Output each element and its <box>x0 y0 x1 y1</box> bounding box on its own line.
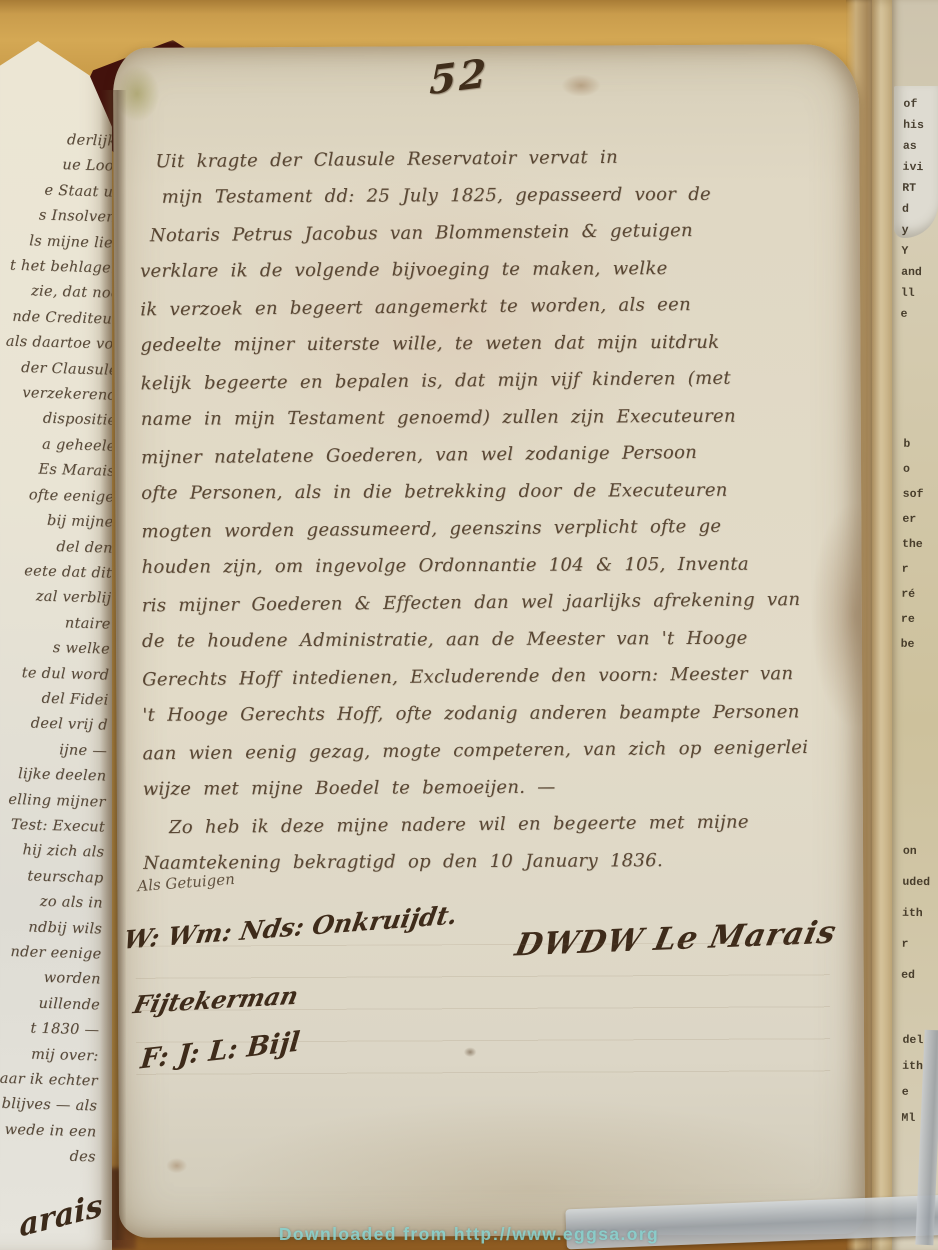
typed-fragment: b <box>903 432 938 458</box>
typed-fragment: ith <box>902 898 938 930</box>
handwritten-line: mijner natelatene Goederen, van wel zoda… <box>141 433 847 477</box>
book-gutter-shadow <box>100 90 126 1240</box>
typed-text-fragments-top: ofhisasiviRTdyYandlle <box>896 94 938 326</box>
typed-fragment: r <box>901 557 938 583</box>
typed-fragment: ivi <box>902 157 938 179</box>
typed-fragment: uded <box>902 867 938 899</box>
typed-fragment: the <box>902 532 938 558</box>
handwritten-line: ris mijner Goederen & Effecten dan wel j… <box>142 581 848 625</box>
typed-fragment: of <box>903 94 938 116</box>
testament-page: 52 Uit kragte der Clausule Reservatoir v… <box>113 44 865 1238</box>
typed-fragment: be <box>900 632 938 658</box>
typed-fragment: ed <box>901 960 938 992</box>
handwritten-line: mijn Testament dd: 25 July 1825, gepasse… <box>140 175 846 216</box>
typed-fragment: ré <box>901 582 938 608</box>
handwritten-line: mogten worden geassumeerd, geenszins ver… <box>141 507 847 551</box>
typed-fragment: re <box>901 607 938 633</box>
typed-fragment: r <box>901 929 938 961</box>
witness-signature-1: W: Wm: Nds: Onkruijdt. <box>121 900 459 955</box>
handwritten-line: ik verzoek en begeert aangemerkt te word… <box>140 285 846 329</box>
typed-fragment: er <box>902 507 938 533</box>
typed-fragment: his <box>903 115 938 137</box>
testament-body-text: Uit kragte der Clausule Reservatoir verv… <box>139 138 849 882</box>
handwritten-line: Zo heb ik deze mijne nadere wil en begee… <box>143 803 849 847</box>
handwritten-line: houden zijn, om ingevolge Ordonnantie 10… <box>142 545 848 586</box>
typed-fragment: sof <box>903 482 938 508</box>
handwritten-line: 't Hooge Gerechts Hoff, ofte zodanig and… <box>142 693 848 734</box>
handwritten-line: Gerechts Hoff intedienen, Excluderende d… <box>142 655 848 699</box>
witness-signature-2: Fijtekerman <box>131 980 302 1019</box>
typed-fragment: o <box>903 457 938 483</box>
handwritten-line: wijze met mijne Boedel te bemoeijen. — <box>143 767 849 808</box>
handwritten-line: kelijk begeerte en bepalen is, dat mijn … <box>140 359 846 403</box>
typed-fragment: and <box>901 262 938 284</box>
photographed-document: derlijksue Loone Staat uds Insolventls m… <box>0 0 938 1250</box>
handwritten-line: Naamtekening bekragtigd op den 10 Januar… <box>143 841 849 882</box>
watermark-text: Downloaded from http://www.eggsa.org <box>0 1224 938 1245</box>
handwritten-line: name in mijn Testament genoemd) zullen z… <box>141 397 847 438</box>
typed-fragment: Y <box>901 241 938 263</box>
handwritten-line: Notaris Petrus Jacobus van Blommenstein … <box>140 211 846 255</box>
typed-fragment: ll <box>901 283 938 305</box>
handwritten-line: verklare ik de volgende bijvoeging te ma… <box>140 249 846 290</box>
handwritten-line: ofte Personen, als in die betrekking doo… <box>141 471 847 512</box>
page-number: 52 <box>429 50 489 104</box>
typed-text-fragments-lower: onudedithred <box>897 836 938 992</box>
handwritten-line: de te houdene Administratie, aan de Mees… <box>142 619 848 660</box>
witness-signature-3: F: J: L: Bijl <box>139 1026 301 1075</box>
torn-paper-strip <box>872 0 894 1250</box>
typed-text-fragments-middle: bosofertherrérebe <box>896 432 938 658</box>
typed-fragment: d <box>902 199 938 221</box>
handwritten-line: Uit kragte der Clausule Reservatoir verv… <box>139 137 845 181</box>
typed-fragment: on <box>903 836 938 868</box>
typed-fragment: e <box>900 304 938 326</box>
previous-page-edge: derlijksue Loone Staat uds Insolventls m… <box>0 24 112 1250</box>
handwritten-line: aan wien eenig gezag, mogte competeren, … <box>142 729 848 773</box>
typed-fragment: RT <box>902 178 938 200</box>
testator-signature: DWDW Le Marais <box>512 914 840 963</box>
typed-fragment: y <box>902 220 938 242</box>
handwritten-line: gedeelte mijner uiterste wille, te weten… <box>140 323 846 364</box>
typed-fragment: as <box>903 136 938 158</box>
